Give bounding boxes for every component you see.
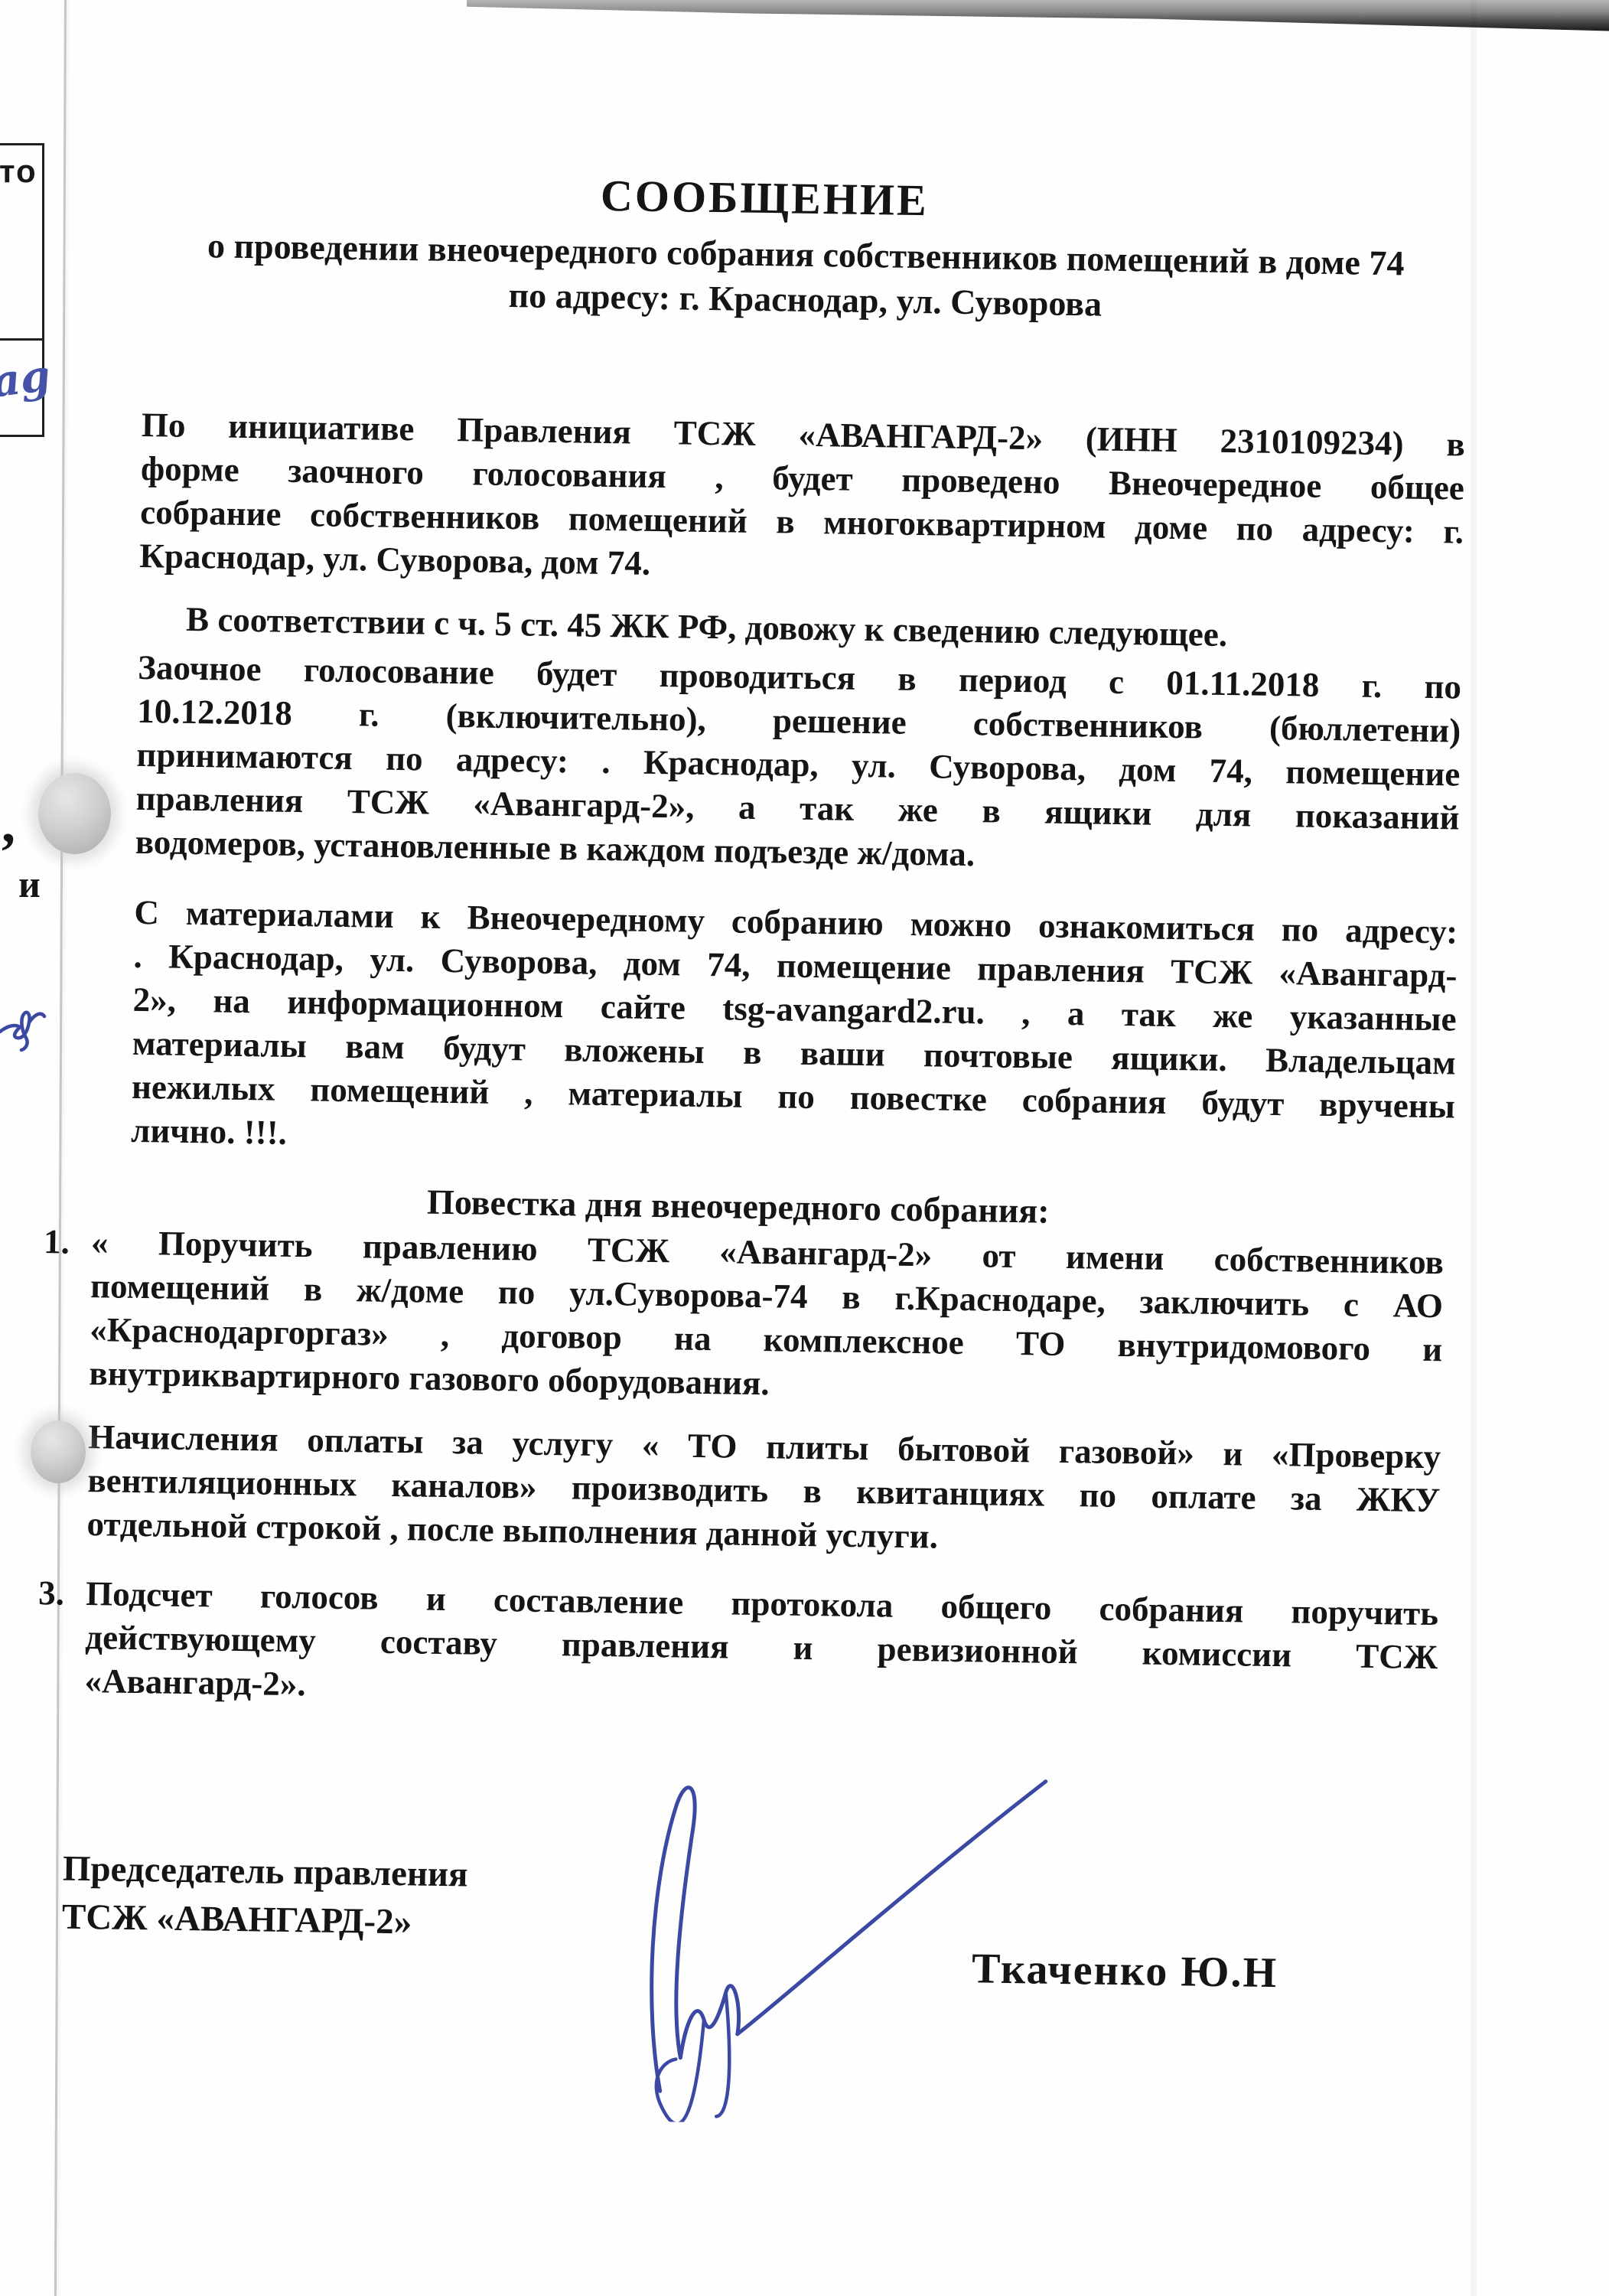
agenda-item-2: 2. Начисления оплаты за услугу « ТО плит… [125, 1416, 1450, 1567]
document-content: СООБЩЕНИЕ о проведении внеочередного соб… [145, 162, 1469, 182]
agenda-item-number: 1. [44, 1220, 70, 1264]
hole-punch-mark [31, 1420, 86, 1483]
paragraph-initiative: По инициативе Правления ТСЖ «АВАНГАРД-2»… [139, 403, 1465, 598]
agenda-item-1: 1. « Поручить правлению ТСЖ «Авангард-2»… [127, 1221, 1453, 1416]
signature-name: Ткаченко Ю.Н [972, 1947, 1431, 1998]
scanner-edge-band [467, 0, 1609, 34]
margin-cell-label: то [0, 153, 37, 190]
paragraph-materials: С материалами к Внеочередному собранию м… [131, 891, 1458, 1172]
agenda-item-number: 3. [38, 1571, 65, 1615]
document-title: СООБЩЕНИЕ [103, 166, 1427, 230]
signature-ink [545, 1753, 1070, 2128]
paragraph-voting-period: Заочное голосование будет проводиться в … [135, 646, 1461, 884]
handwritten-squiggle [0, 1001, 47, 1053]
document-subtitle: о проведении внеочередного собрания собс… [143, 222, 1468, 332]
handwritten-margin-note: ag [0, 351, 53, 408]
scanned-document-page: то ag , и СООБЩЕНИЕ о проведении внеочер… [0, 0, 1609, 2296]
margin-comma-mark: , [2, 796, 15, 851]
margin-letter-mark: и [18, 865, 41, 903]
page-right-shadow [1471, 0, 1477, 2296]
agenda-item-3: 3. Подсчет голосов и составление протоко… [122, 1573, 1448, 1724]
margin-table-divider [0, 338, 42, 341]
page-edge-line [54, 0, 67, 2296]
hole-punch-mark [38, 773, 111, 854]
